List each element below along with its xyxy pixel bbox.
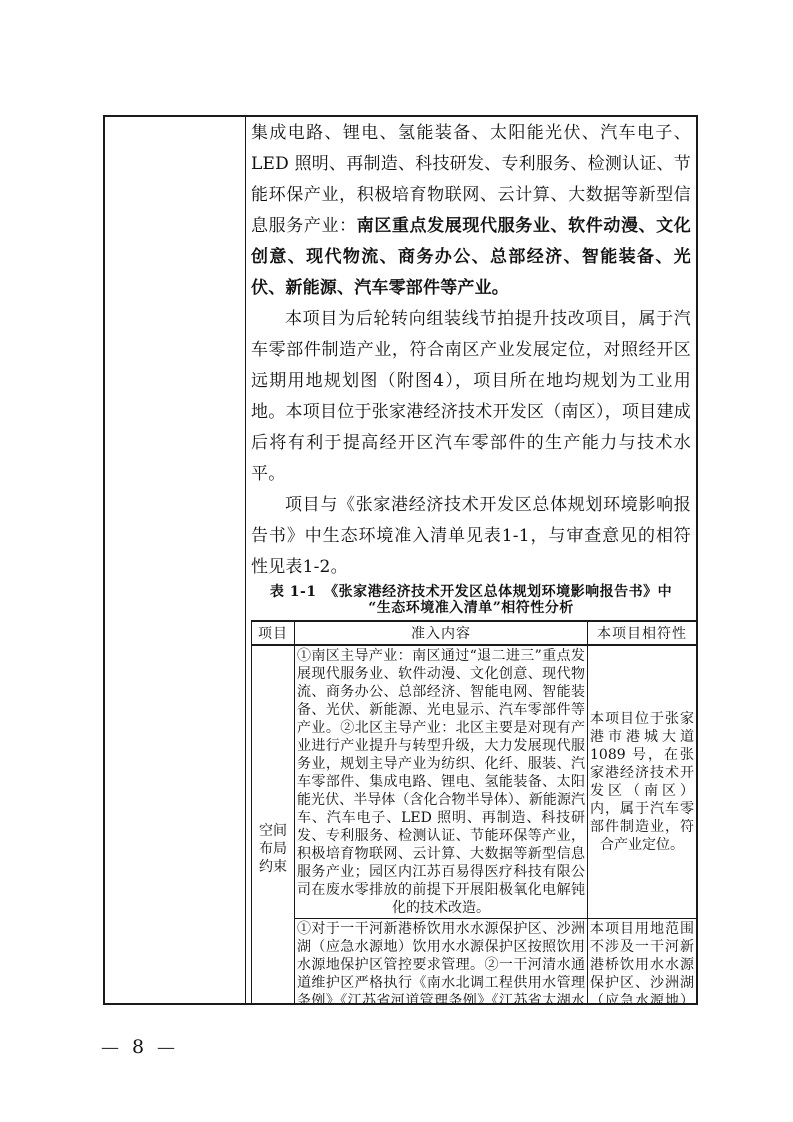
footer-right-dash: — (157, 1037, 175, 1058)
footer-page-number: 8 (132, 1036, 144, 1058)
paragraph-project-description: 本项目为后轮转向组装线节拍提升技改项目，属于汽车零部件制造产业，符合南区产业发展… (251, 304, 691, 490)
table-caption-line2: “生态环境准入清单”相符性分析 (251, 600, 691, 616)
outer-table-content-cell: 集成电路、锂电、氢能装备、太阳能光伏、汽车电子、LED 照明、再制造、科技研发、… (246, 117, 696, 1003)
table-caption: 表 1-1 《张家港经济技术开发区总体规划环境影响报告书》中 “生态环境准入清单… (251, 584, 691, 616)
row2-admission-content: ①对于一干河新港桥饮用水水源保护区、沙洲湖（应急水源地）饮用水水源保护区按照饮用… (295, 919, 588, 1004)
header-cell-item: 项目 (252, 621, 295, 645)
document-page: 集成电路、锂电、氢能装备、太阳能光伏、汽车电子、LED 照明、再制造、科技研发、… (0, 0, 793, 1122)
table-row: 空间布局约束 ①南区主导产业：南区通过“退二进三”重点发展现代服务业、软件动漫、… (252, 645, 697, 919)
footer-left-dash: — (101, 1037, 119, 1058)
row1-admission-content: ①南区主导产业：南区通过“退二进三”重点发展现代服务业、软件动漫、文化创意、现代… (295, 645, 588, 919)
compliance-table: 项目 准入内容 本项目相符性 空间布局约束 ①南区主导产业：南区通过“退二进三”… (251, 620, 696, 1003)
row-label-spatial-layout-constraint: 空间布局约束 (252, 645, 295, 1003)
paragraph-industries: 集成电路、锂电、氢能装备、太阳能光伏、汽车电子、LED 照明、再制造、科技研发、… (251, 118, 691, 304)
page-number: — 8 — (101, 1036, 175, 1058)
table-row: ①对于一干河新港桥饮用水水源保护区、沙洲湖（应急水源地）饮用水水源保护区按照饮用… (252, 919, 697, 1004)
header-cell-admission-content: 准入内容 (295, 621, 588, 645)
header-cell-project-compliance: 本项目相符性 (588, 621, 697, 645)
table-header-row: 项目 准入内容 本项目相符性 (252, 621, 697, 645)
outer-table: 集成电路、锂电、氢能装备、太阳能光伏、汽车电子、LED 照明、再制造、科技研发、… (103, 115, 698, 1005)
outer-table-left-cell (105, 117, 246, 1003)
paragraph-table-reference: 项目与《张家港经济技术开发区总体规划环境影响报告书》中生态环境准入清单见表1-1… (251, 490, 691, 583)
table-caption-line1: 表 1-1 《张家港经济技术开发区总体规划环境影响报告书》中 (251, 584, 691, 600)
row1-compliance: 本项目位于张家港市港城大道 1089 号，在张家港经济技术开发区（南区）内，属于… (588, 645, 697, 919)
row2-compliance: 本项目用地范围不涉及一干河新港桥饮用水水源保护区、沙洲湖（应急水源地）饮用水水源… (588, 919, 697, 1004)
